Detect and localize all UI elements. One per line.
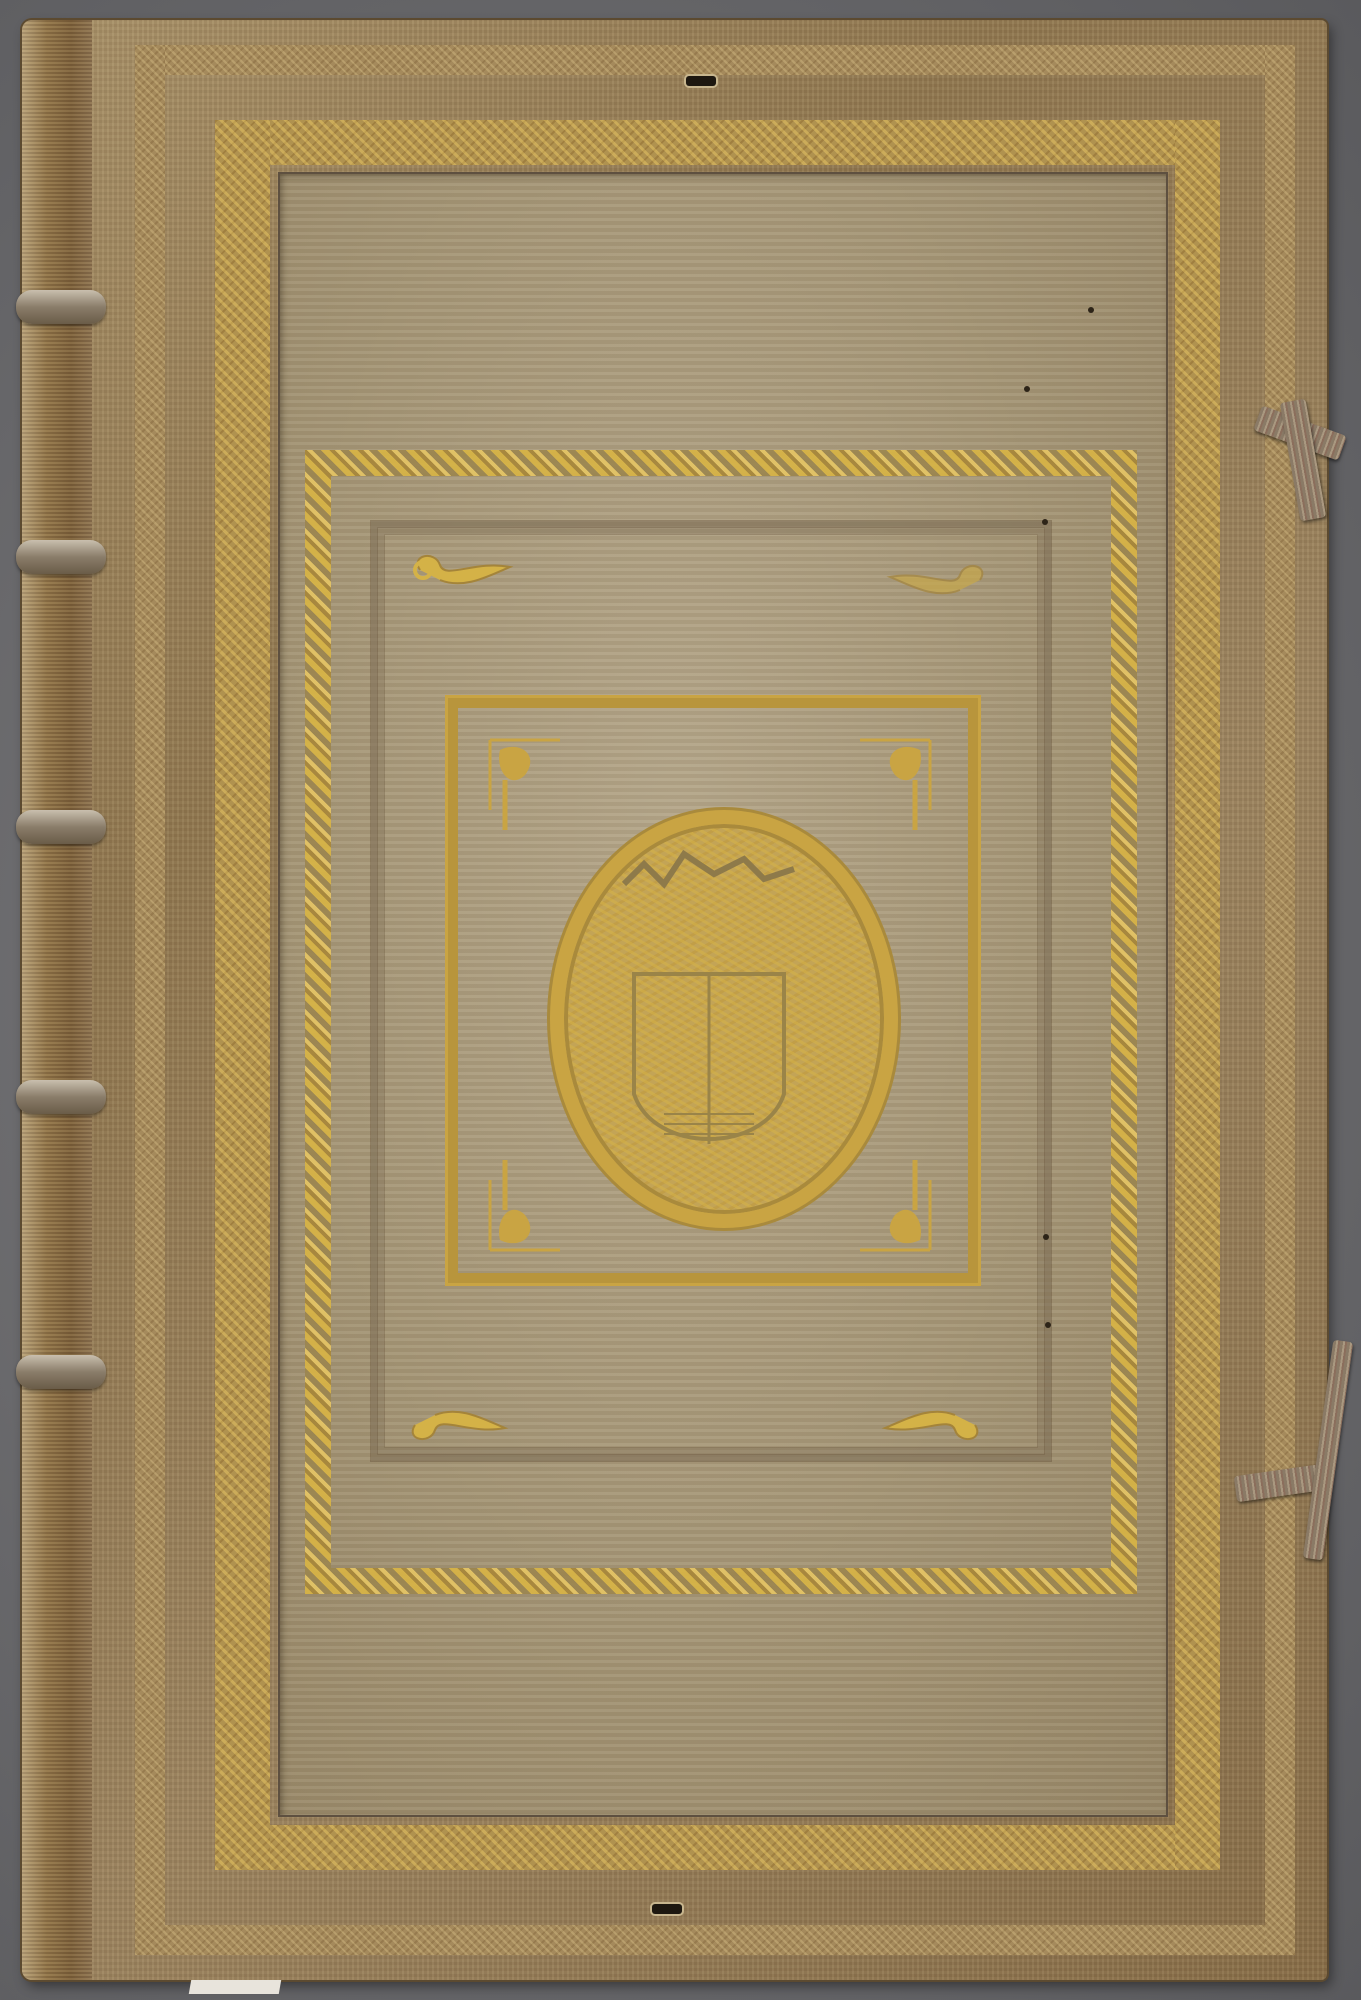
figure-roll-left bbox=[215, 120, 270, 1870]
outer-roll-left bbox=[135, 45, 165, 1955]
outer-roll-bottom bbox=[135, 1925, 1295, 1955]
scroll-ornament-icon bbox=[885, 555, 995, 605]
scroll-ornament-icon bbox=[400, 1400, 510, 1450]
coat-of-arms-icon bbox=[564, 824, 856, 1186]
wormhole bbox=[1042, 519, 1048, 525]
page-corner bbox=[189, 1980, 281, 1994]
corner-fleuron-icon bbox=[850, 730, 940, 840]
figure-roll-right bbox=[1175, 120, 1220, 1870]
armorial-oval-stamp bbox=[550, 810, 898, 1228]
figure-roll-bottom bbox=[215, 1825, 1215, 1870]
raised-band bbox=[16, 1355, 106, 1389]
wormhole bbox=[1043, 1234, 1049, 1240]
raised-band bbox=[16, 810, 106, 844]
raised-band bbox=[16, 290, 106, 324]
corner-fleuron-icon bbox=[480, 1150, 570, 1260]
clasp-slot-top bbox=[686, 76, 716, 86]
outer-roll-top bbox=[135, 45, 1295, 75]
corner-fleuron-icon bbox=[850, 1150, 940, 1260]
clasp-slot-bottom bbox=[652, 1904, 682, 1914]
wormhole bbox=[1088, 307, 1094, 313]
figure-roll-top bbox=[215, 120, 1215, 165]
wormhole bbox=[1045, 1322, 1051, 1328]
raised-band bbox=[16, 540, 106, 574]
raised-band bbox=[16, 1080, 106, 1114]
corner-fleuron-icon bbox=[480, 730, 570, 840]
scroll-ornament-icon bbox=[880, 1400, 990, 1450]
outer-roll-right bbox=[1265, 45, 1295, 1955]
spine-edge bbox=[22, 20, 92, 1980]
wormhole bbox=[1024, 386, 1030, 392]
scroll-ornament-icon bbox=[405, 545, 515, 595]
